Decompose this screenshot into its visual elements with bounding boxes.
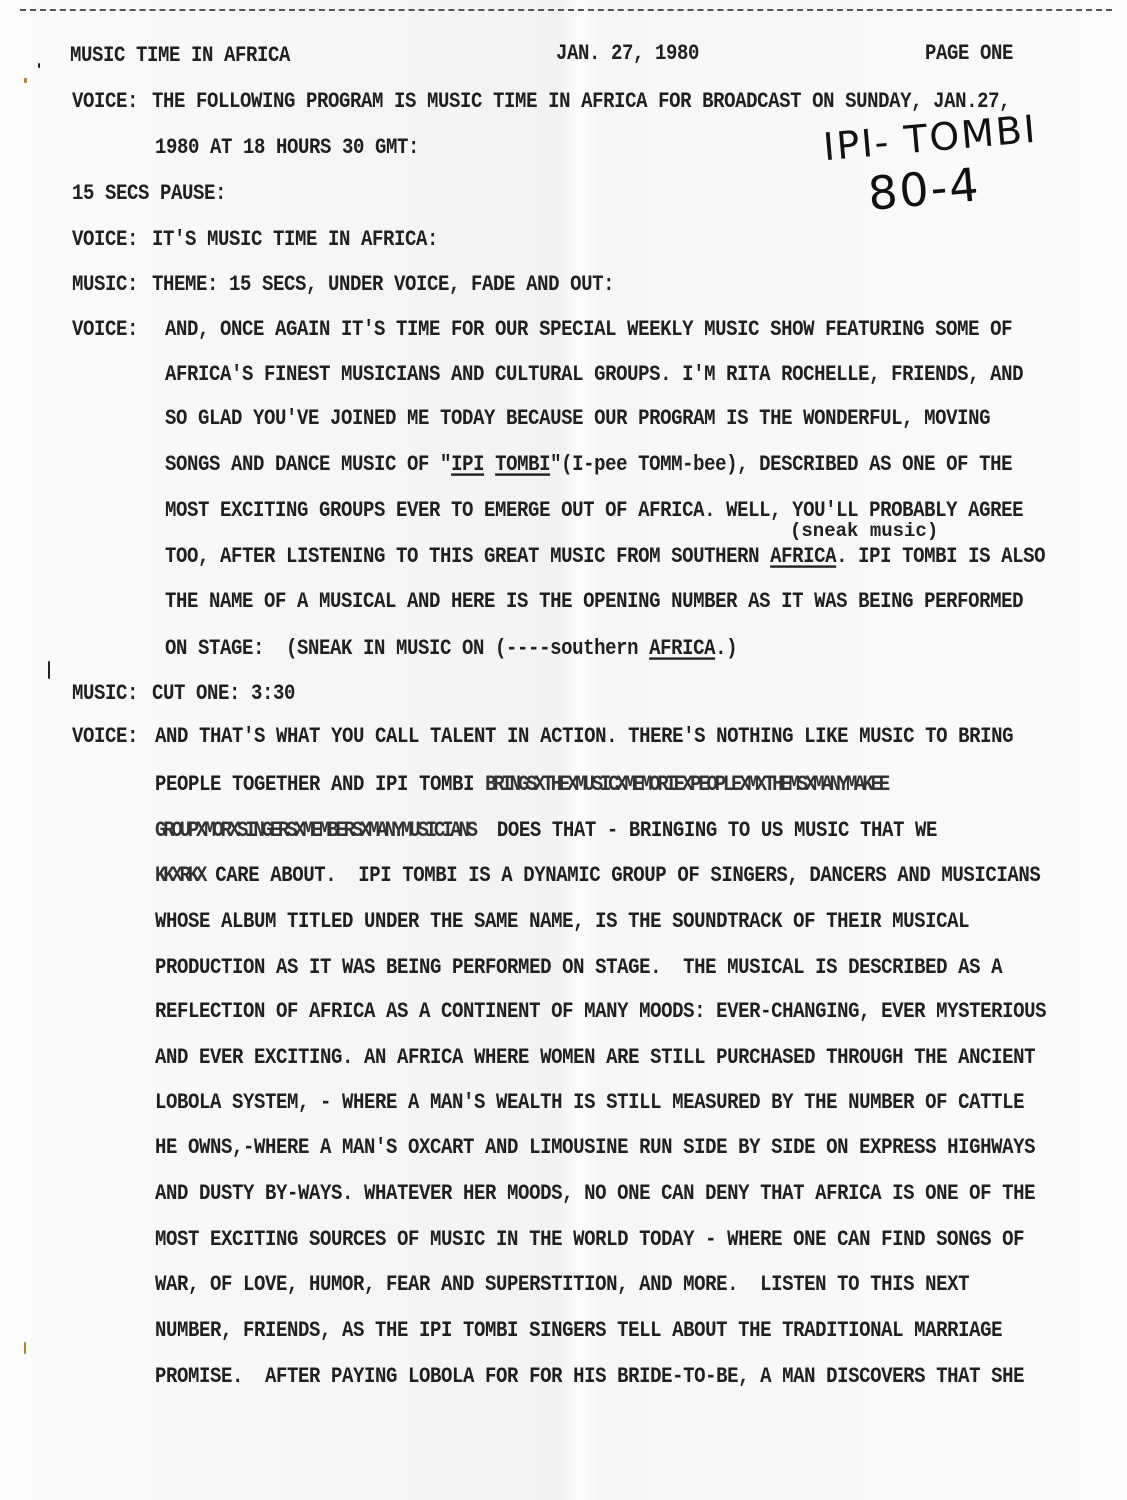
cue-voice: VOICE: — [72, 316, 138, 342]
script-line: MOST EXCITING SOURCES OF MUSIC IN THE WO… — [155, 1226, 1024, 1252]
script-line: HE OWNS,-WHERE A MAN'S OXCART AND LIMOUS… — [155, 1134, 1035, 1160]
script-line: ON STAGE: (SNEAK IN MUSIC ON (----southe… — [165, 635, 737, 661]
script-line: NUMBER, FRIENDS, AS THE IPI TOMBI SINGER… — [155, 1317, 1002, 1343]
script-line: AND THAT'S WHAT YOU CALL TALENT IN ACTIO… — [155, 723, 1013, 749]
script-line: THE FOLLOWING PROGRAM IS MUSIC TIME IN A… — [152, 88, 1010, 114]
script-line: CUT ONE: 3:30 — [152, 680, 295, 706]
cue-music: MUSIC: — [72, 680, 138, 706]
text-fragment: CARE ABOUT. IPI TOMBI IS A DYNAMIC GROUP… — [215, 862, 1040, 888]
text-fragment: ON STAGE: (SNEAK IN MUSIC ON (----southe… — [165, 635, 649, 661]
script-line: 1980 AT 18 HOURS 30 GMT: — [155, 134, 419, 160]
cue-voice: VOICE: — [72, 88, 138, 114]
script-line: KKXRKX CARE ABOUT. IPI TOMBI IS A DYNAMI… — [155, 862, 1040, 888]
struck-out-text: BRINGSXTHEXMUSICXMEMORIEXPEOPLEXMXTHEMSX… — [485, 771, 887, 797]
underlined-africa: AFRICA — [770, 543, 836, 569]
script-line: AND, ONCE AGAIN IT'S TIME FOR OUR SPECIA… — [165, 316, 1012, 342]
sneak-music-annotation: (sneak music) — [790, 520, 938, 542]
text-fragment: . IPI TOMBI IS ALSO — [836, 543, 1045, 569]
cue-voice: VOICE: — [72, 723, 138, 749]
script-line: AFRICA'S FINEST MUSICIANS AND CULTURAL G… — [165, 361, 1023, 387]
script-line: GROUPXMORXSINGERSXMEMBERSXMANYMUSICIANS … — [155, 817, 937, 843]
document-page: MUSIC TIME IN AFRICA JAN. 27, 1980 PAGE … — [0, 0, 1127, 1500]
ink-mark — [24, 78, 27, 83]
underlined-ipi: IPI — [451, 451, 484, 477]
underlined-tombi: TOMBI — [495, 451, 550, 477]
script-line: WHOSE ALBUM TITLED UNDER THE SAME NAME, … — [155, 908, 969, 934]
script-line: SO GLAD YOU'VE JOINED ME TODAY BECAUSE O… — [165, 405, 990, 431]
ink-mark — [24, 1342, 26, 1354]
perforation-rule — [20, 9, 1112, 11]
script-line: PRODUCTION AS IT WAS BEING PERFORMED ON … — [155, 954, 1002, 980]
text-fragment: TOO, AFTER LISTENING TO THIS GREAT MUSIC… — [165, 543, 759, 569]
script-line: SONGS AND DANCE MUSIC OF "IPI TOMBI"(I-p… — [165, 451, 1012, 477]
script-line: PROMISE. AFTER PAYING LOBOLA FOR FOR HIS… — [155, 1363, 1024, 1389]
cue-voice: VOICE: — [72, 226, 138, 252]
text-fragment: SONGS AND DANCE MUSIC OF " — [165, 451, 451, 477]
text-fragment: "(I-pee TOMM-bee), DESCRIBED AS ONE OF T… — [550, 451, 1012, 477]
underlined-africa: AFRICA — [649, 635, 715, 661]
handwritten-note-number: 80-4 — [866, 157, 983, 221]
script-line: WAR, OF LOVE, HUMOR, FEAR AND SUPERSTITI… — [155, 1271, 969, 1297]
page-label: PAGE ONE — [925, 40, 1013, 66]
broadcast-date: JAN. 27, 1980 — [556, 40, 699, 66]
script-line: THEME: 15 SECS, UNDER VOICE, FADE AND OU… — [152, 271, 614, 297]
script-line: IT'S MUSIC TIME IN AFRICA: — [152, 226, 438, 252]
program-title: MUSIC TIME IN AFRICA — [70, 42, 290, 68]
handwritten-note-title: IPI- TOMBI — [821, 107, 1038, 170]
pause-cue: 15 SECS PAUSE: — [72, 180, 226, 206]
text-fragment: .) — [715, 635, 737, 661]
struck-out-text: GROUPXMORXSINGERSXMEMBERSXMANYMUSICIANS — [155, 817, 475, 843]
ink-mark — [48, 661, 50, 679]
text-fragment — [759, 543, 770, 569]
ink-mark — [38, 63, 40, 68]
script-line: TOO, AFTER LISTENING TO THIS GREAT MUSIC… — [165, 543, 1045, 569]
script-line: PEOPLE TOGETHER AND IPI TOMBI BRINGSXTHE… — [155, 771, 887, 797]
cue-music: MUSIC: — [72, 271, 138, 297]
text-fragment — [484, 451, 495, 477]
script-line: AND DUSTY BY-WAYS. WHATEVER HER MOODS, N… — [155, 1180, 1035, 1206]
struck-out-text: KKXRKX — [155, 862, 204, 888]
script-line: LOBOLA SYSTEM, - WHERE A MAN'S WEALTH IS… — [155, 1089, 1024, 1115]
script-line: THE NAME OF A MUSICAL AND HERE IS THE OP… — [165, 588, 1023, 614]
script-line: AND EVER EXCITING. AN AFRICA WHERE WOMEN… — [155, 1044, 1035, 1070]
text-fragment: DOES THAT - BRINGING TO US MUSIC THAT WE — [497, 817, 937, 843]
script-line: REFLECTION OF AFRICA AS A CONTINENT OF M… — [155, 998, 1046, 1024]
text-fragment: PEOPLE TOGETHER AND IPI TOMBI — [155, 771, 474, 797]
